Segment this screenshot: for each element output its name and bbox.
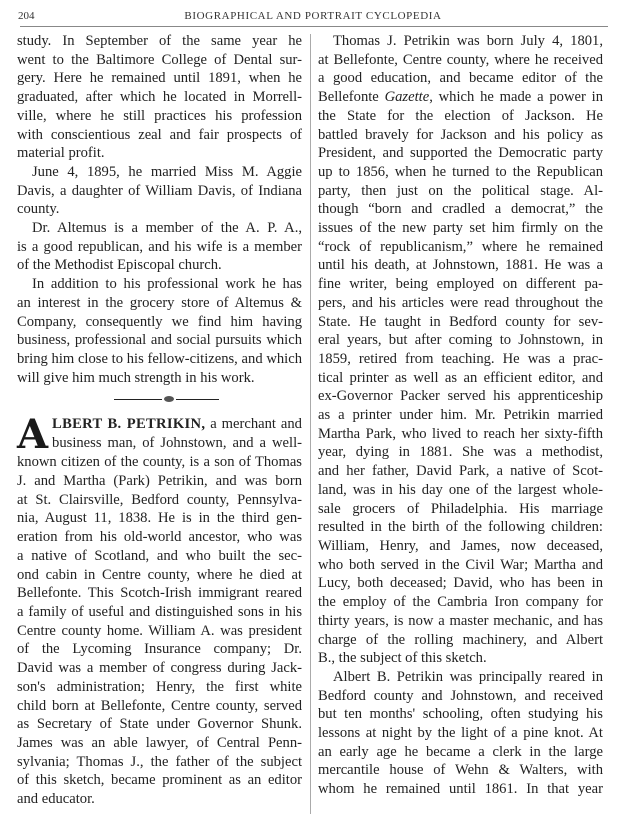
text-line: up to 1856, when he turned to the Republ… — [318, 163, 603, 182]
ornament-dot-icon — [164, 396, 174, 402]
text-line: Company, consequently we find him having — [17, 313, 302, 332]
text-line: James was an able lawyer, of Central Pen… — [17, 734, 302, 753]
text-line: and educator. — [17, 790, 302, 809]
text-line: ond cabin in Centre county, where he die… — [17, 566, 302, 585]
text-line: county. — [17, 200, 302, 219]
section-divider-ornament — [17, 389, 302, 411]
text-line: bring him close to his fellow-citizens, … — [17, 350, 302, 369]
text-line: June 4, 1895, he married Miss M. Aggie — [17, 163, 302, 182]
text-line: David was a member of congress during Ja… — [17, 659, 302, 678]
column-divider — [310, 34, 311, 814]
divider-line — [114, 399, 162, 400]
text-line: eral years, but after coming to Johnstow… — [318, 331, 603, 350]
text-line: though “born and cradled a democrat,” th… — [318, 200, 603, 219]
text-line: eration from his old-world ancestor, who… — [17, 528, 302, 547]
text-line: “rock of republicanism,” where he remain… — [318, 238, 603, 257]
text-line: at St. Clairsville, Bedford county, Penn… — [17, 491, 302, 510]
drop-cap: A — [17, 417, 48, 453]
text-line: of the Lycoming Insurance company; Dr. — [17, 640, 302, 659]
text-line: Centre county home. William A. was presi… — [17, 622, 302, 641]
text-line: President, and supported the Democratic … — [318, 144, 603, 163]
text-line: issues of the new party set him firmly o… — [318, 219, 603, 238]
text-line: of the Methodist Episcopal church. — [17, 256, 302, 275]
text-line: material profit. — [17, 144, 302, 163]
paragraph-dental-study: study. In September of the same year he … — [17, 32, 302, 163]
text-line: a good education, and became editor of t… — [318, 69, 603, 88]
text-line: mercantile house of Wehn & Walters, with — [318, 761, 603, 780]
divider-line — [176, 399, 219, 400]
text-line: business man, of Johnstown, and a well- — [17, 434, 302, 453]
right-column: Thomas J. Petrikin was born July 4, 1801… — [318, 32, 603, 799]
text-line: known citizen of the county, is a son of… — [17, 453, 302, 472]
text-line: Lucy, both deceased; David, who has been… — [318, 574, 603, 593]
text-line: a native of Scotland, and who built the … — [17, 547, 302, 566]
text-line: Davis, a daughter of William Davis, of I… — [17, 182, 302, 201]
text-line: child born at Bellefonte, Centre county,… — [17, 697, 302, 716]
text-line: Martha Park, who lived to reach her sixt… — [318, 425, 603, 444]
page-header: 204 BIOGRAPHICAL AND PORTRAIT CYCLOPEDIA — [18, 10, 608, 24]
text-line: Bellefonte. This Scotch-Irish immigrant … — [17, 584, 302, 603]
text-line: ville, where he still practices his prof… — [17, 107, 302, 126]
paragraph-albert-upbringing: Albert B. Petrikin was principally reare… — [318, 668, 603, 799]
text-line: sale grocers of Philadelphia. His marria… — [318, 500, 603, 519]
text-line: William, Henry, and James, now deceased, — [318, 537, 603, 556]
text-line: of this sketch, became prominent as an e… — [17, 771, 302, 790]
text-line: who both served in the Civil War; Martha… — [318, 556, 603, 575]
text-line: State. He taught in Bedford county for s… — [318, 313, 603, 332]
biography-petrikin: A LBERT B. PETRIKIN, a merchant and busi… — [17, 415, 302, 808]
text-line: as Secretary of State under Governor Shu… — [17, 715, 302, 734]
text-line: an interest in the grocery store of Alte… — [17, 294, 302, 313]
text-line: Bedford county and Johnstown, and receiv… — [318, 687, 603, 706]
text-line: In addition to his professional work he … — [17, 275, 302, 294]
text-line: the employ of the Cambria Iron company f… — [318, 593, 603, 612]
text-span: , which he made a power in — [429, 89, 603, 105]
text-line: a family of useful and distinguished son… — [17, 603, 302, 622]
text-line: year, dying in 1881. She was a methodist… — [318, 443, 603, 462]
text-line: at Bellefonte, Centre county, where he r… — [318, 51, 603, 70]
text-line: charge of the rolling machinery, and Alb… — [318, 631, 603, 650]
text-line: is a good republican, and his wife is a … — [17, 238, 302, 257]
text-line: nia, August 11, 1838. He is in the third… — [17, 509, 302, 528]
text-line: but ten months' schooling, often studyin… — [318, 705, 603, 724]
paragraph-grocery: In addition to his professional work he … — [17, 275, 302, 387]
text-line: Thomas J. Petrikin was born July 4, 1801… — [318, 32, 603, 51]
text-line: with conscientious zeal and fair prospec… — [17, 126, 302, 145]
text-line: B., the subject of this sketch. — [318, 649, 603, 668]
paragraph-marriage: June 4, 1895, he married Miss M. Aggie D… — [17, 163, 302, 219]
text-line: whom he remained until 1861. In that yea… — [318, 780, 603, 799]
text-line: the State for the election of Jackson. H… — [318, 107, 603, 126]
text-line: battled bravely for Jackson and his poli… — [318, 126, 603, 145]
text-line: an early age he became a clerk in the la… — [318, 743, 603, 762]
text-line: went to the Baltimore College of Dental … — [17, 51, 302, 70]
text-line: Dr. Altemus is a member of the A. P. A., — [17, 219, 302, 238]
left-column: study. In September of the same year he … — [17, 32, 302, 809]
text-span: Bellefonte — [318, 89, 385, 105]
text-line: party, then just on the political stage.… — [318, 182, 603, 201]
text-line: 1859, retired from teaching. He was a pr… — [318, 350, 603, 369]
text-line: J. and Martha (Park) Petrikin, and was b… — [17, 472, 302, 491]
text-line: a merchant and — [205, 416, 302, 432]
text-line: study. In September of the same year he — [17, 32, 302, 51]
text-line: land, was in his day one of the largest … — [318, 481, 603, 500]
text-line: will give him much strength in his work. — [17, 369, 302, 388]
text-line: thirty years, is now a master mechanic, … — [318, 612, 603, 631]
paragraph-thomas-petrikin: Thomas J. Petrikin was born July 4, 1801… — [318, 32, 603, 668]
paragraph-membership: Dr. Altemus is a member of the A. P. A.,… — [17, 219, 302, 275]
text-line: graduated, after which he located in Mor… — [17, 88, 302, 107]
text-line: until his death, at Johnstown, 1881. He … — [318, 256, 603, 275]
subject-name: LBERT B. PETRIKIN, — [52, 416, 205, 432]
text-line: business, professional and social pursui… — [17, 331, 302, 350]
text-line: sylvania; Thomas J., the father of the s… — [17, 753, 302, 772]
header-rule — [20, 26, 608, 27]
text-line: as a printer under him. Mr. Petrikin mar… — [318, 406, 603, 425]
text-line: and her father, David Park, a native of … — [318, 462, 603, 481]
text-line: fine writer, being employed on different… — [318, 275, 603, 294]
text-line: son's administration; Henry, the first w… — [17, 678, 302, 697]
text-line: resulted in the birth of the following c… — [318, 518, 603, 537]
text-line: lessons at night by the light of a pine … — [318, 724, 603, 743]
text-line: ex-Governor Packer served his apprentice… — [318, 387, 603, 406]
text-line: tical printer as well as an efficient ed… — [318, 369, 603, 388]
text-line: Albert B. Petrikin was principally reare… — [318, 668, 603, 687]
newspaper-title: Gazette — [385, 89, 430, 105]
text-line: pers, and his articles were read through… — [318, 294, 603, 313]
running-title: BIOGRAPHICAL AND PORTRAIT CYCLOPEDIA — [18, 10, 608, 22]
text-line: gery. Here he remained until 1891, when … — [17, 69, 302, 88]
